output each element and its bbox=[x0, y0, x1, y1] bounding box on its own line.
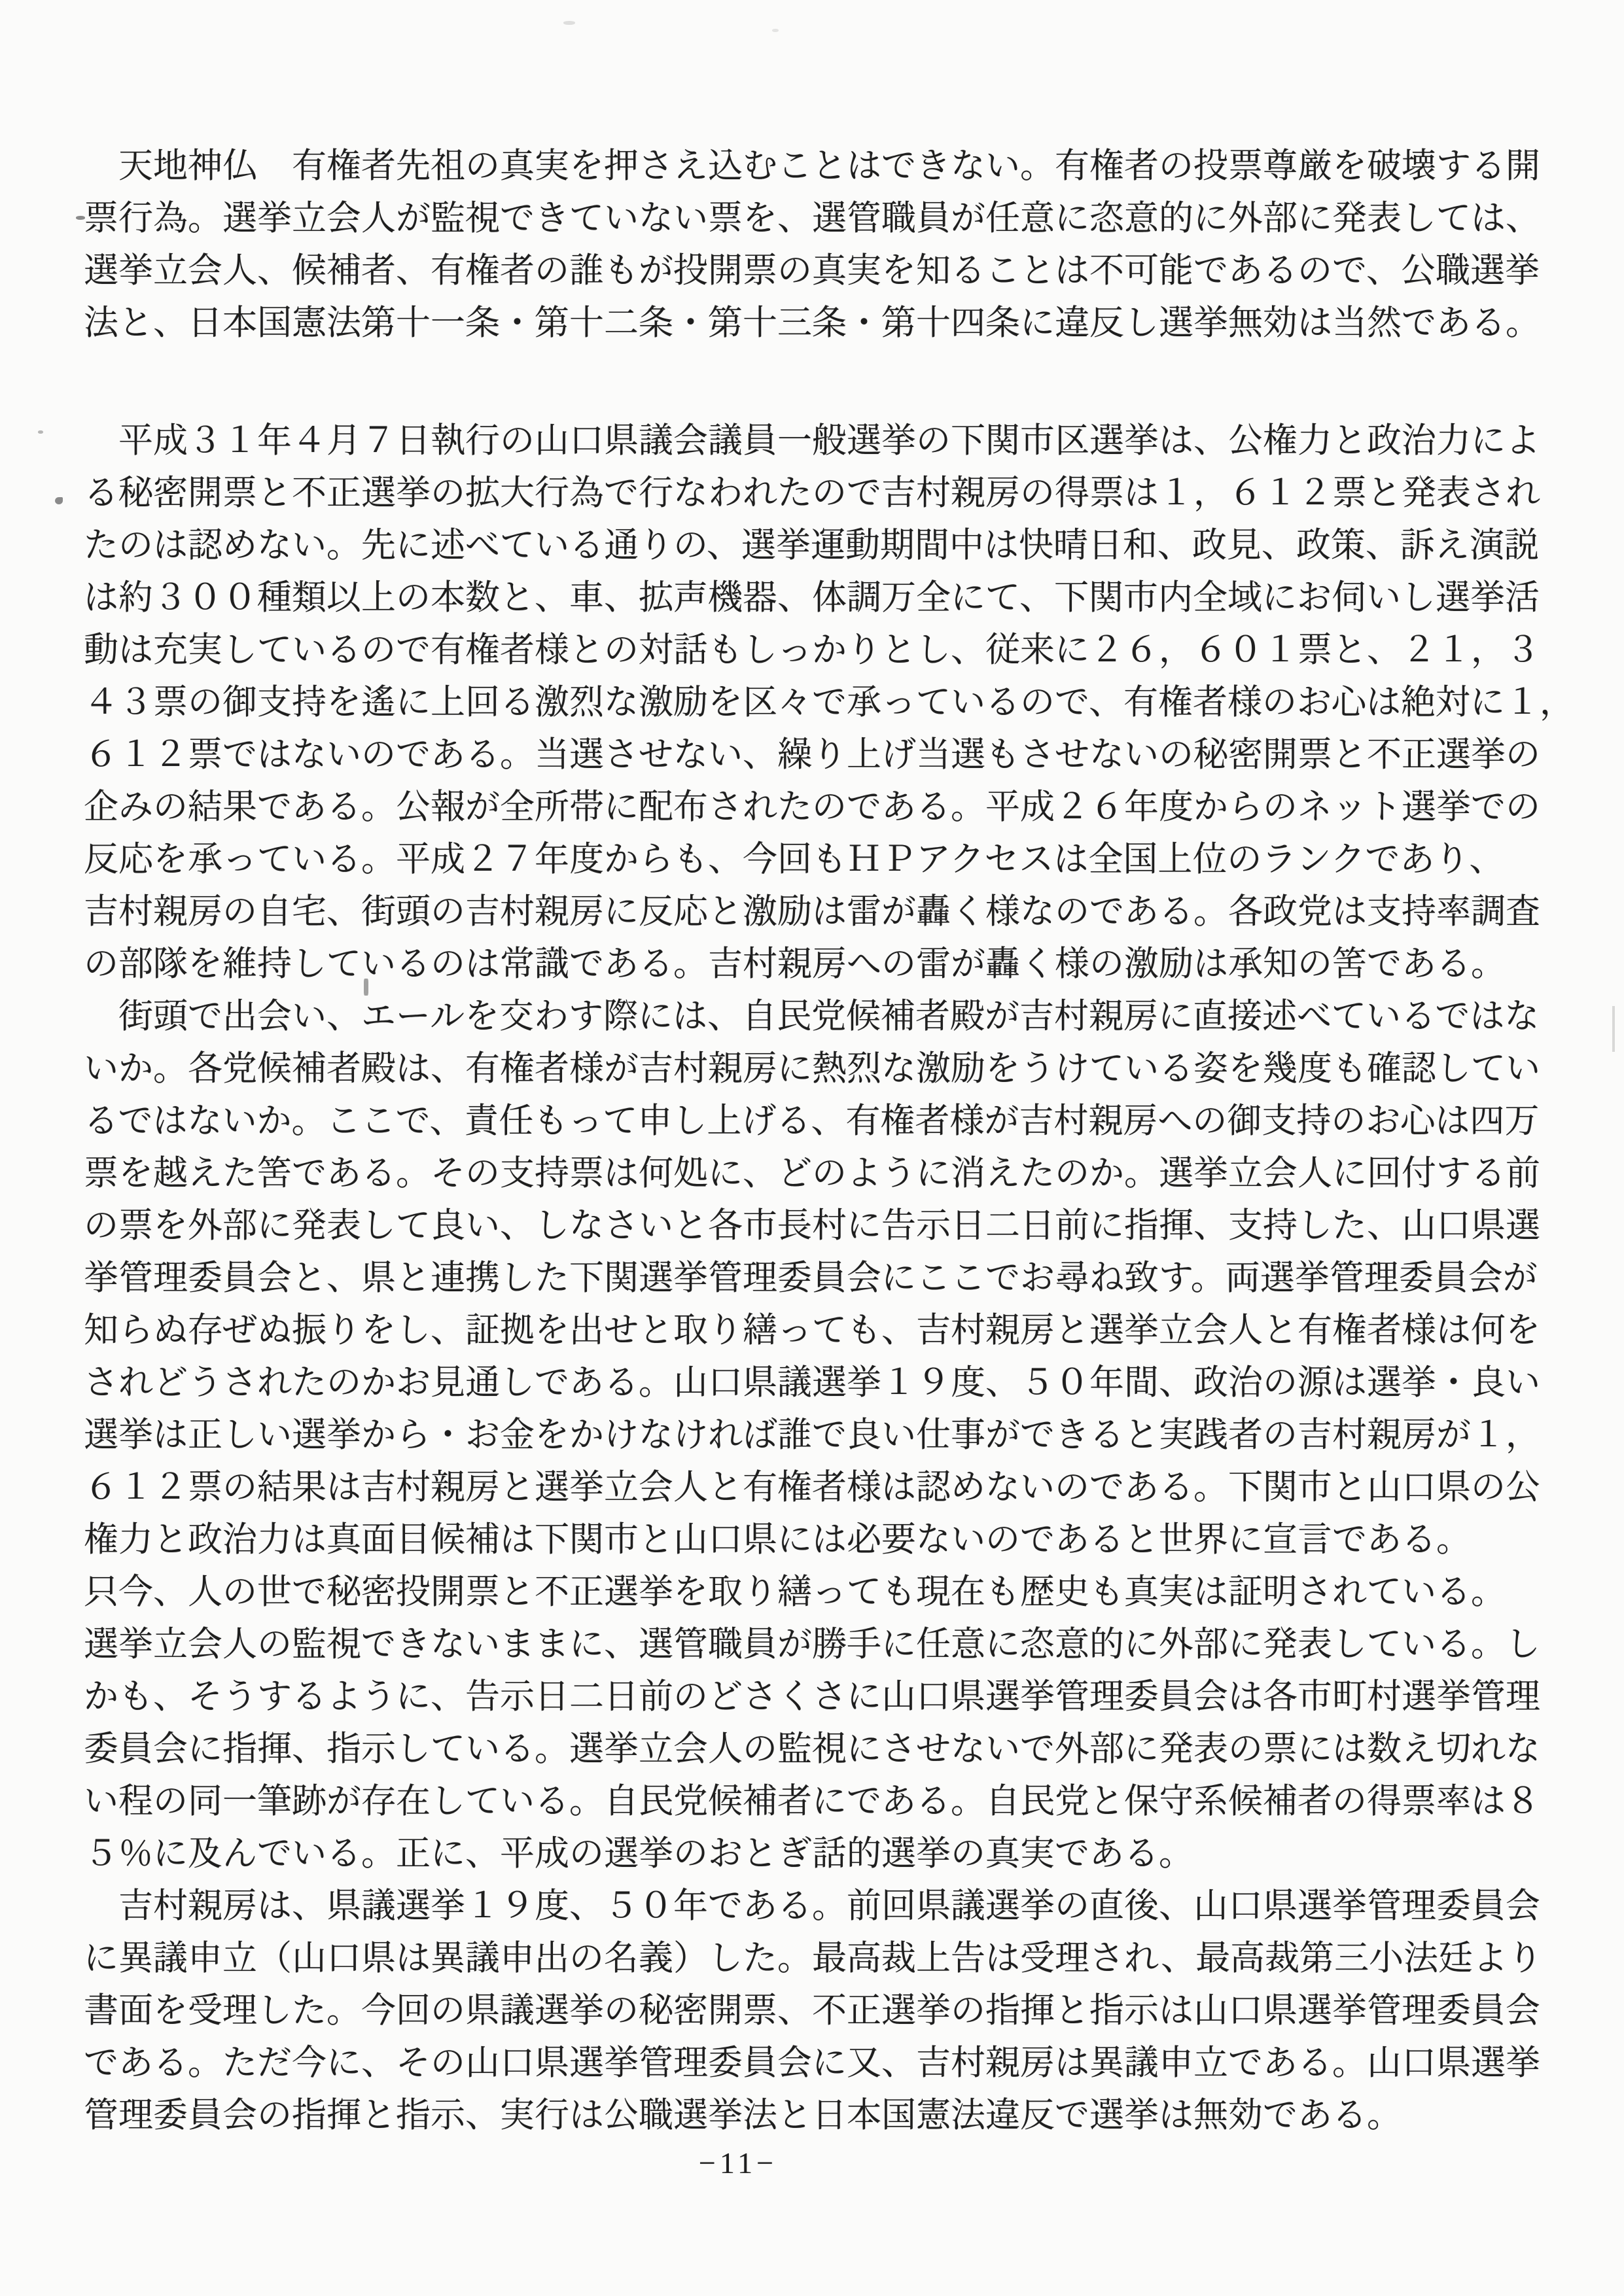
paragraph: 天地神仏 有権者先祖の真実を押さえ込むことはできない。有権者の投票尊厳を破壊する… bbox=[84, 140, 1556, 349]
text-line: は約３００種類以上の本数と、車、拡声機器、体調万全にて、下関市内全域にお伺いし選… bbox=[84, 572, 1556, 624]
text-line: 只今、人の世で秘密投開票と不正選挙を取り繕っても現在も歴史も真実は証明されている… bbox=[84, 1566, 1556, 1618]
scan-speck bbox=[364, 979, 368, 996]
text-line: 吉村親房は、県議選挙１９度、５０年である。前回県議選挙の直後、山口県選挙管理委員… bbox=[84, 1880, 1556, 1932]
paragraph: 平成３１年４月７日執行の山口県議会議員一般選挙の下関市区選挙は、公権力と政治力に… bbox=[84, 415, 1556, 990]
paragraph: 吉村親房は、県議選挙１９度、５０年である。前回県議選挙の直後、山口県選挙管理委員… bbox=[84, 1880, 1556, 2142]
text-line: 挙管理委員会と、県と連携した下関選挙管理委員会にここでお尋ね致す。両選挙管理委員… bbox=[84, 1252, 1556, 1304]
scan-speck bbox=[1612, 1006, 1615, 1052]
text-line: に異議申立（山口県は異議申出の名義）した。最高裁上告は受理され、最高裁第三小法廷… bbox=[84, 1932, 1556, 1985]
text-line: る秘密開票と不正選挙の拡大行為で行なわれたので吉村親房の得票は１，６１２票と発表… bbox=[84, 467, 1556, 519]
text-line: 企みの結果である。公報が全所帯に配布されたのである。平成２６年度からのネット選挙… bbox=[84, 781, 1556, 833]
text-line: 反応を承っている。平成２７年度からも、今回もＨＰアクセスは全国上位のランクであり… bbox=[84, 833, 1556, 886]
text-line: の票を外部に発表して良い、しなさいと各市長村に告示日二日前に指揮、支持した、山口… bbox=[84, 1200, 1556, 1252]
text-line: 管理委員会の指揮と指示、実行は公職選挙法と日本国憲法違反で選挙は無効である。 bbox=[84, 2089, 1556, 2142]
text-line: ５％に及んでいる。正に、平成の選挙のおとぎ話的選挙の真実である。 bbox=[84, 1828, 1556, 1880]
text-line: 街頭で出会い、エールを交わす際には、自民党候補者殿が吉村親房に直接述べているでは… bbox=[84, 990, 1556, 1043]
scan-speck bbox=[563, 21, 575, 25]
text-line: 選挙立会人の監視できないままに、選管職員が勝手に任意に恣意的に外部に発表している… bbox=[84, 1618, 1556, 1671]
text-line: ６１２票の結果は吉村親房と選挙立会人と有権者様は認めないのである。下関市と山口県… bbox=[84, 1461, 1556, 1514]
text-line: 選挙は正しい選挙から・お金をかけなければ誰で良い仕事ができると実践者の吉村親房が… bbox=[84, 1409, 1556, 1461]
paragraph: 只今、人の世で秘密投開票と不正選挙を取り繕っても現在も歴史も真実は証明されている… bbox=[84, 1566, 1556, 1618]
text-line: 天地神仏 有権者先祖の真実を押さえ込むことはできない。有権者の投票尊厳を破壊する… bbox=[84, 140, 1556, 192]
text-line: るではないか。ここで、責任もって申し上げる、有権者様が吉村親房への御支持のお心は… bbox=[84, 1095, 1556, 1147]
text-line: 委員会に指揮、指示している。選挙立会人の監視にさせないで外部に発表の票には数え切… bbox=[84, 1723, 1556, 1775]
page-number: −11− bbox=[660, 2146, 817, 2180]
scan-speck bbox=[38, 430, 43, 434]
scan-speck bbox=[105, 326, 111, 329]
text-line: 票を越えた筈である。その支持票は何処に、どのように消えたのか。選挙立会人に回付す… bbox=[84, 1147, 1556, 1200]
text-line: かも、そうするように、告示日二日前のどさくさに山口県選挙管理委員会は各市町村選挙… bbox=[84, 1671, 1556, 1723]
text-line: ４３票の御支持を遙に上回る激烈な激励を区々で承っているので、有権者様のお心は絶対… bbox=[84, 676, 1556, 729]
text-line: 票行為。選挙立会人が監視できていない票を、選管職員が任意に恣意的に外部に発表して… bbox=[84, 192, 1556, 245]
text-line: 書面を受理した。今回の県議選挙の秘密開票、不正選挙の指揮と指示は山口県選挙管理委… bbox=[84, 1985, 1556, 2037]
text-line: 法と、日本国憲法第十一条・第十二条・第十三条・第十四条に違反し選挙無効は当然であ… bbox=[84, 297, 1556, 349]
text-line: たのは認めない。先に述べている通りの、選挙運動期間中は快晴日和、政見、政策、訴え… bbox=[84, 519, 1556, 572]
paragraph: 街頭で出会い、エールを交わす際には、自民党候補者殿が吉村親房に直接述べているでは… bbox=[84, 990, 1556, 1566]
text-line: 知らぬ存ぜぬ振りをし、証拠を出せと取り繕っても、吉村親房と選挙立会人と有権者様は… bbox=[84, 1304, 1556, 1357]
text-line: されどうされたのかお見通しである。山口県議選挙１９度、５０年間、政治の源は選挙・… bbox=[84, 1357, 1556, 1409]
text-line: い程の同一筆跡が存在している。自民党候補者にである。自民党と保守系候補者の得票率… bbox=[84, 1775, 1556, 1828]
text-line: である。ただ今に、その山口県選挙管理委員会に又、吉村親房は異議申立である。山口県… bbox=[84, 2037, 1556, 2089]
text-line: 動は充実しているので有権者様との対話もしっかりとし、従来に２６，６０１票と、２１… bbox=[84, 624, 1556, 676]
text-line: の部隊を維持しているのは常識である。吉村親房への雷が轟く様の激励は承知の筈である… bbox=[84, 938, 1556, 990]
text-line: 吉村親房の自宅、街頭の吉村親房に反応と激励は雷が轟く様なのである。各政党は支持率… bbox=[84, 886, 1556, 938]
text-line: いか。各党候補者殿は、有権者様が吉村親房に熱烈な激励をうけている姿を幾度も確認し… bbox=[84, 1043, 1556, 1095]
scan-speck bbox=[772, 29, 779, 32]
text-line: 選挙立会人、候補者、有権者の誰もが投開票の真実を知ることは不可能であるので、公職… bbox=[84, 245, 1556, 297]
scanned-page: 天地神仏 有権者先祖の真実を押さえ込むことはできない。有権者の投票尊厳を破壊する… bbox=[0, 0, 1624, 2296]
document-text: 天地神仏 有権者先祖の真実を押さえ込むことはできない。有権者の投票尊厳を破壊する… bbox=[84, 140, 1556, 2142]
scan-speck bbox=[55, 497, 63, 504]
text-line: ６１２票ではないのである。当選させない、繰り上げ当選もさせないの秘密開票と不正選… bbox=[84, 729, 1556, 781]
text-line: 平成３１年４月７日執行の山口県議会議員一般選挙の下関市区選挙は、公権力と政治力に… bbox=[84, 415, 1556, 467]
paragraph: 選挙立会人の監視できないままに、選管職員が勝手に任意に恣意的に外部に発表している… bbox=[84, 1618, 1556, 1880]
scan-speck bbox=[76, 216, 85, 220]
text-line: 権力と政治力は真面目候補は下関市と山口県には必要ないのであると世界に宣言である。 bbox=[84, 1514, 1556, 1566]
